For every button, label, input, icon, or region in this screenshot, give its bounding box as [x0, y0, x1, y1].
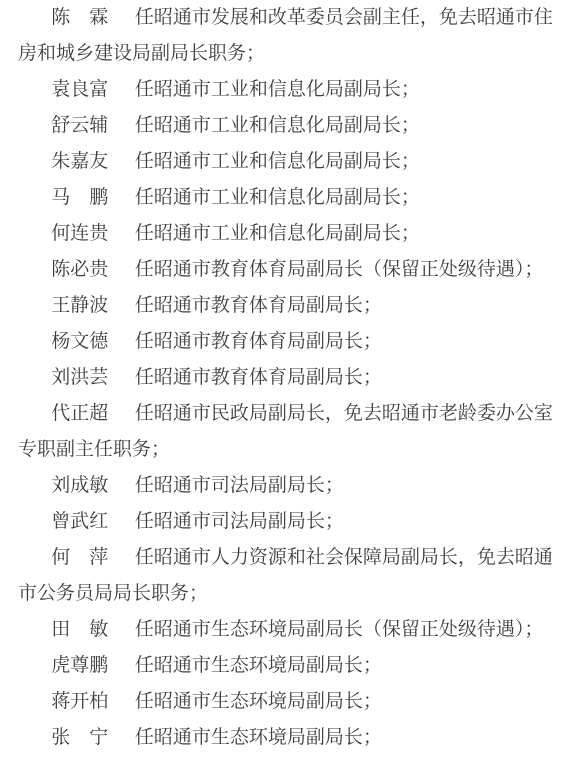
person-name: 何 萍	[51, 547, 108, 568]
person-name: 朱嘉友	[51, 151, 108, 172]
appointment-text: 任昭通市教育体育局副局长（保留正处级待遇）；	[135, 259, 544, 280]
person-name: 刘成敏	[51, 475, 108, 496]
appointment-entry: 杨文德任昭通市教育体育局副局长；	[18, 324, 558, 360]
appointment-entry: 曾武红任昭通市司法局副局长；	[18, 504, 558, 540]
appointment-text: 任昭通市生态环境局副局长（保留正处级待遇）；	[135, 619, 544, 640]
appointment-text: 任昭通市生态环境局副局长；	[135, 655, 382, 676]
appointment-entry: 马 鹏任昭通市工业和信息化局副局长；	[18, 180, 558, 216]
appointment-text: 任昭通市教育体育局副局长；	[135, 295, 382, 316]
appointment-entry: 舒云辅任昭通市工业和信息化局副局长；	[18, 108, 558, 144]
appointment-entry: 刘洪芸任昭通市教育体育局副局长；	[18, 360, 558, 396]
person-name: 马 鹏	[51, 187, 108, 208]
appointment-text: 任昭通市工业和信息化局副局长；	[135, 115, 420, 136]
person-name: 虎尊鹏	[51, 655, 108, 676]
appointment-text: 任昭通市司法局副局长；	[135, 475, 344, 496]
person-name: 刘洪芸	[51, 367, 108, 388]
appointment-entry: 王静波任昭通市教育体育局副局长；	[18, 288, 558, 324]
appointment-text: 任昭通市生态环境局副局长；	[135, 727, 382, 748]
appointment-entry: 陈 霖任昭通市发展和改革委员会副主任，免去昭通市住房和城乡建设局副局长职务；	[18, 0, 558, 72]
person-name: 田 敏	[51, 619, 108, 640]
appointment-entry: 刘成敏任昭通市司法局副局长；	[18, 468, 558, 504]
appointment-entry: 朱嘉友任昭通市工业和信息化局副局长；	[18, 144, 558, 180]
person-name: 何连贵	[51, 223, 108, 244]
person-name: 袁良富	[51, 79, 108, 100]
appointment-entry: 陈必贵任昭通市教育体育局副局长（保留正处级待遇）；	[18, 252, 558, 288]
appointment-text: 任昭通市教育体育局副局长；	[135, 331, 382, 352]
appointment-text: 任昭通市司法局副局长；	[135, 511, 344, 532]
person-name: 曾武红	[51, 511, 108, 532]
appointment-entry: 何 萍任昭通市人力资源和社会保障局副局长，免去昭通市公务员局局长职务；	[18, 540, 558, 612]
person-name: 蒋开柏	[51, 691, 108, 712]
appointment-text: 任昭通市工业和信息化局副局长；	[135, 79, 420, 100]
person-name: 陈 霖	[51, 7, 108, 28]
appointment-entry: 何连贵任昭通市工业和信息化局副局长；	[18, 216, 558, 252]
appointment-entry: 虎尊鹏任昭通市生态环境局副局长；	[18, 648, 558, 684]
appointment-text: 任昭通市教育体育局副局长；	[135, 367, 382, 388]
person-name: 舒云辅	[51, 115, 108, 136]
person-name: 张 宁	[51, 727, 108, 748]
appointment-text: 任昭通市工业和信息化局副局长；	[135, 187, 420, 208]
person-name: 杨文德	[51, 331, 108, 352]
appointment-entry: 蒋开柏任昭通市生态环境局副局长；	[18, 684, 558, 720]
appointment-entry: 田 敏任昭通市生态环境局副局长（保留正处级待遇）；	[18, 612, 558, 648]
appointment-text: 任昭通市工业和信息化局副局长；	[135, 151, 420, 172]
person-name: 代正超	[51, 403, 108, 424]
appointment-entry: 袁良富任昭通市工业和信息化局副局长；	[18, 72, 558, 108]
appointment-entry: 张 宁任昭通市生态环境局副局长；	[18, 720, 558, 756]
appointment-text: 任昭通市生态环境局副局长；	[135, 691, 382, 712]
document-page: 陈 霖任昭通市发展和改革委员会副主任，免去昭通市住房和城乡建设局副局长职务； 袁…	[0, 0, 576, 763]
person-name: 陈必贵	[51, 259, 108, 280]
appointment-text: 任昭通市工业和信息化局副局长；	[135, 223, 420, 244]
person-name: 王静波	[51, 295, 108, 316]
appointment-entry: 代正超任昭通市民政局副局长，免去昭通市老龄委办公室专职副主任职务；	[18, 396, 558, 468]
